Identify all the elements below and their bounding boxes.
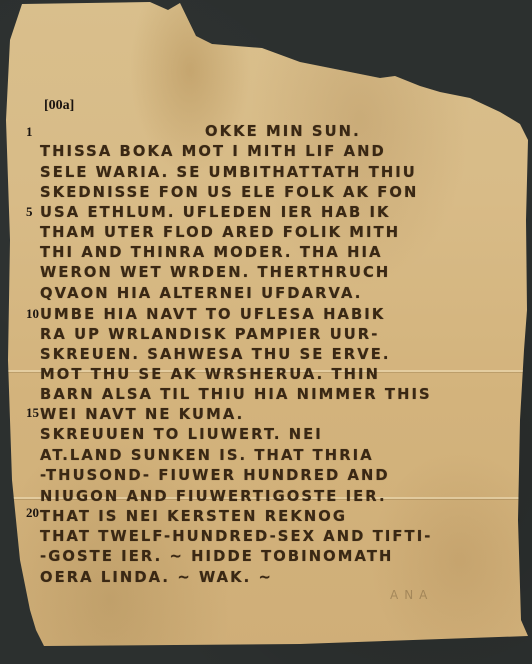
manuscript-line: RA UP WRLANDISK PAMPIER UUR- [40, 325, 379, 343]
bleed-through-text: ANA [390, 588, 433, 602]
manuscript-line: THAM UTER FLOD ARED FOLIK MITH [40, 223, 400, 241]
manuscript-line: OKKE MIN SUN. [205, 122, 361, 140]
manuscript-line: USA ETHLUM. UFLEDEN IER HAB IK [40, 203, 391, 221]
manuscript-line: -THUSOND- FIUWER HUNDRED AND [40, 466, 390, 484]
manuscript-line: SKEDNISSE FON US ELE FOLK AK FON [40, 183, 418, 201]
line-number: 20 [26, 505, 39, 521]
manuscript-line: UMBE HIA NAVT TO UFLESA HABIK [40, 305, 385, 323]
manuscript-line: WERON WET WRDEN. THERTHRUCH [40, 263, 390, 281]
manuscript-line: WEI NAVT NE KUMA. [40, 405, 244, 423]
manuscript-line: THISSA BOKA MOT I MITH LIF AND [40, 142, 386, 160]
manuscript-line: MOT THU SE AK WRSHERUA. THIN [40, 365, 380, 383]
manuscript-line: SKREUUEN TO LIUWERT. NEI [40, 425, 323, 443]
manuscript-line: QVAON HIA ALTERNEI UFDARVA. [40, 284, 362, 302]
line-number: 10 [26, 306, 39, 322]
page-identifier: [00a] [44, 98, 74, 114]
manuscript-line: NIUGON AND FIUWERTIGOSTE IER. [40, 487, 387, 505]
manuscript-line: THAT TWELF-HUNDRED-SEX AND TIFTI- [40, 527, 432, 545]
manuscript-line: THI AND THINRA MODER. THA HIA [40, 243, 383, 261]
line-number: 5 [26, 204, 33, 220]
line-number: 15 [26, 405, 39, 421]
manuscript-line: BARN ALSA TIL THIU HIA NIMMER THIS [40, 385, 432, 403]
line-number: 1 [26, 124, 33, 140]
manuscript-line: AT.LAND SUNKEN IS. THAT THRIA [40, 446, 374, 464]
manuscript-line: THAT IS NEI KERSTEN REKNOG [40, 507, 347, 525]
manuscript-line: SELE WARIA. SE UMBITHATTATH THIU [40, 163, 417, 181]
manuscript-line: OERA LINDA. ~ WAK. ~ [40, 568, 273, 586]
manuscript-line: SKREUEN. SAHWESA THU SE ERVE. [40, 345, 391, 363]
manuscript-line: -GOSTE IER. ~ HIDDE TOBINOMATH [40, 547, 393, 565]
